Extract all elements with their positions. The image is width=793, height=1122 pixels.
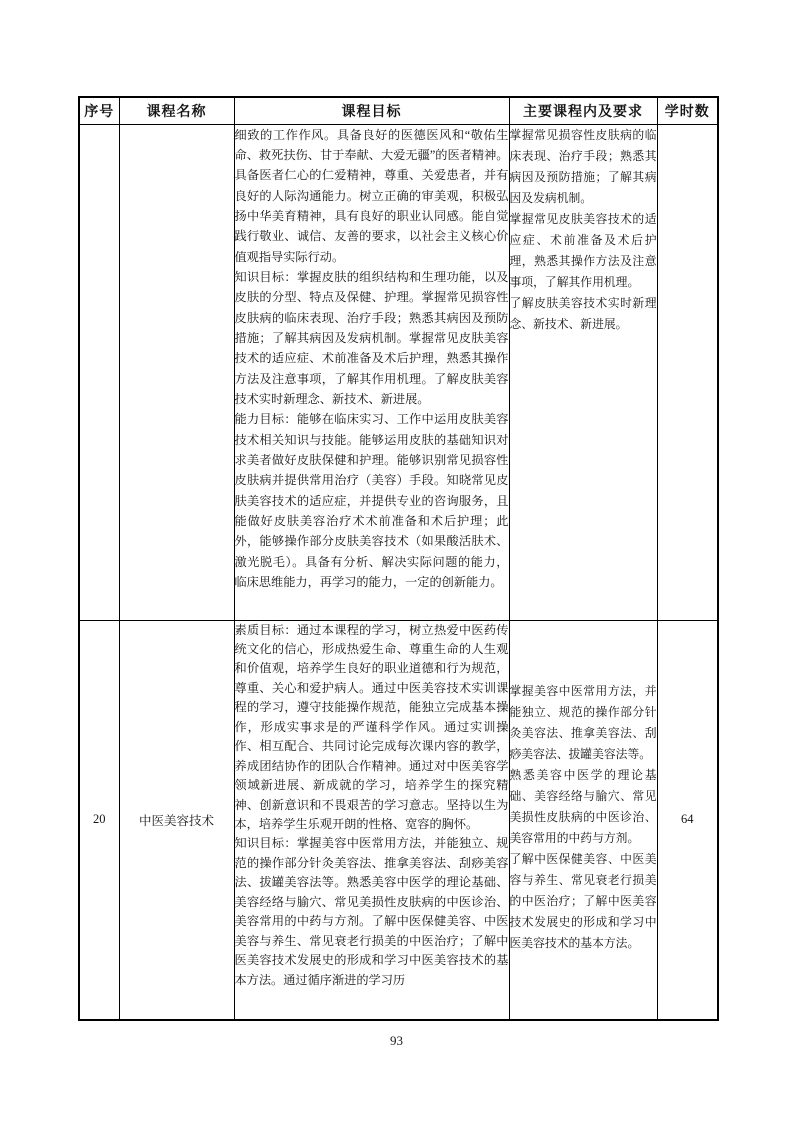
course-table: 序号 课程名称 课程目标 主要课程内及要求 学时数 细致的工作作风。具备良好的医…: [78, 96, 719, 1021]
table-row-continuation: 细致的工作作风。具备良好的医德医风和“敬佑生命、救死扶伤、甘于奉献、大爱无疆”的…: [79, 124, 718, 620]
objective-paragraph: 知识目标：掌握皮肤的组织结构和生理功能，以及皮肤的分型、特点及保健、护理。掌握常…: [235, 267, 509, 409]
content-paragraph: 熟悉美容中医学的理论基础、美容经络与腧穴、常见美损性皮肤病的中医诊治、美容常用的…: [510, 765, 657, 849]
objective-paragraph: 细致的工作作风。具备良好的医德医风和“敬佑生命、救死扶伤、甘于奉献、大爱无疆”的…: [235, 125, 509, 267]
header-course-name: 课程名称: [119, 97, 234, 124]
seq-cell: 20: [79, 620, 119, 1020]
content-paragraph: 掌握常见损容性皮肤病的临床表现、治疗手段；熟悉其病因及预防措施；了解其病因及发病…: [510, 125, 657, 209]
objectives-cell: 细致的工作作风。具备良好的医德医风和“敬佑生命、救死扶伤、甘于奉献、大爱无疆”的…: [234, 124, 509, 620]
header-seq: 序号: [79, 97, 119, 124]
course-name-cell: [119, 124, 234, 620]
header-hours: 学时数: [657, 97, 718, 124]
content-cell: 掌握常见损容性皮肤病的临床表现、治疗手段；熟悉其病因及预防措施；了解其病因及发病…: [509, 124, 657, 620]
objective-paragraph: 素质目标：通过本课程的学习，树立热爱中医药传统文化的信心，形成热爱生命、尊重生命…: [235, 621, 509, 835]
table-row: 20 中医美容技术 素质目标：通过本课程的学习，树立热爱中医药传统文化的信心，形…: [79, 620, 718, 1020]
header-objectives: 课程目标: [234, 97, 509, 124]
content-paragraph: 掌握美容中医常用方法，并能独立、规范的操作部分针灸美容法、推拿美容法、刮痧美容法…: [510, 681, 657, 765]
content-paragraph: 了解皮肤美容技术实时新理念、新技术、新进展。: [510, 293, 657, 335]
document-page: 序号 课程名称 课程目标 主要课程内及要求 学时数 细致的工作作风。具备良好的医…: [0, 0, 793, 1122]
content-cell: 掌握美容中医常用方法，并能独立、规范的操作部分针灸美容法、推拿美容法、刮痧美容法…: [509, 620, 657, 1020]
hours-cell: [657, 124, 718, 620]
objectives-cell: 素质目标：通过本课程的学习，树立热爱中医药传统文化的信心，形成热爱生命、尊重生命…: [234, 620, 509, 1020]
course-name-cell: 中医美容技术: [119, 620, 234, 1020]
page-number: 93: [0, 1033, 793, 1049]
objective-paragraph: 知识目标：掌握美容中医常用方法，并能独立、规范的操作部分针灸美容法、推拿美容法、…: [235, 834, 509, 990]
seq-cell: [79, 124, 119, 620]
hours-cell: 64: [657, 620, 718, 1020]
objective-paragraph: 能力目标：能够在临床实习、工作中运用皮肤美容技术相关知识与技能。能够运用皮肤的基…: [235, 409, 509, 592]
table-header-row: 序号 课程名称 课程目标 主要课程内及要求 学时数: [79, 97, 718, 124]
content-paragraph: 了解中医保健美容、中医美容与养生、常见衰老行损美的中医治疗；了解中医美容技术发展…: [510, 849, 657, 954]
content-paragraph: 掌握常见皮肤美容技术的适应症、术前准备及术后护理，熟悉其操作方法及注意事项，了解…: [510, 209, 657, 293]
header-content-requirements: 主要课程内及要求: [509, 97, 657, 124]
